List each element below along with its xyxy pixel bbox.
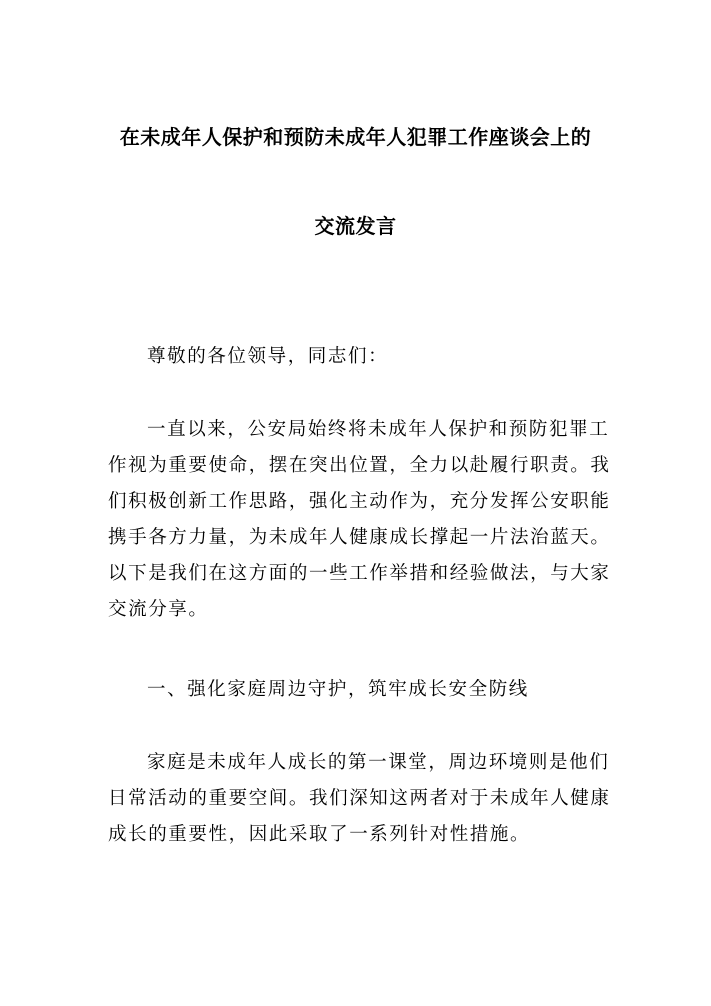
intro-line: 们积极创新工作思路，强化主动作为，充分发挥公安职能 xyxy=(108,484,602,520)
intro-paragraph: 一直以来，公安局始终将未成年人保护和预防犯罪工 作视为重要使命，摆在突出位置，全… xyxy=(108,412,602,628)
greeting-paragraph: 尊敬的各位领导，同志们： xyxy=(108,339,602,375)
section-body-line: 日常活动的重要空间。我们深知这两者对于未成年人健康 xyxy=(108,781,602,817)
section-heading-1: 一、强化家庭周边守护，筑牢成长安全防线 xyxy=(108,672,602,708)
greeting-text: 尊敬的各位领导，同志们： xyxy=(108,339,602,375)
intro-line: 以下是我们在这方面的一些工作举措和经验做法，与大家 xyxy=(108,556,602,592)
document-page: 在未成年人保护和预防未成年人犯罪工作座谈会上的 交流发言 尊敬的各位领导，同志们… xyxy=(0,0,711,1006)
section-body-1: 家庭是未成年人成长的第一课堂，周边环境则是他们 日常活动的重要空间。我们深知这两… xyxy=(108,745,602,853)
intro-line: 一直以来，公安局始终将未成年人保护和预防犯罪工 xyxy=(108,412,602,448)
document-title-line-1: 在未成年人保护和预防未成年人犯罪工作座谈会上的 xyxy=(0,123,711,151)
intro-line: 交流分享。 xyxy=(108,592,602,628)
section-body-line: 成长的重要性，因此采取了一系列针对性措施。 xyxy=(108,817,602,853)
intro-line: 携手各方力量，为未成年人健康成长撑起一片法治蓝天。 xyxy=(108,520,602,556)
section-heading-text: 一、强化家庭周边守护，筑牢成长安全防线 xyxy=(108,672,602,708)
document-title-line-2: 交流发言 xyxy=(0,212,711,240)
intro-line: 作视为重要使命，摆在突出位置，全力以赴履行职责。我 xyxy=(108,448,602,484)
section-body-line: 家庭是未成年人成长的第一课堂，周边环境则是他们 xyxy=(108,745,602,781)
